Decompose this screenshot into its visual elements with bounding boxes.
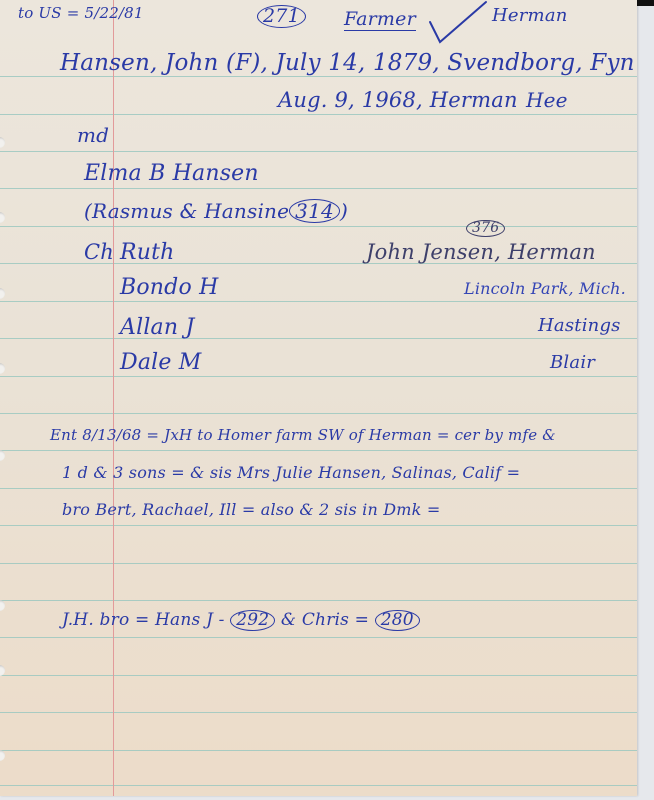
child-name: Allan J: [120, 315, 194, 340]
rule-line: [0, 600, 637, 601]
rule-line: [0, 338, 637, 339]
scan-edge: [637, 0, 654, 6]
spouse-name: Elma B Hansen: [84, 161, 259, 186]
binder-hole: [0, 363, 5, 374]
siblings-mid: & Chris =: [275, 610, 374, 630]
child-name: Dale M: [120, 350, 202, 375]
spouse-parents: (Rasmus & Hansine314): [84, 199, 348, 223]
margin-line: [113, 0, 114, 796]
rule-line: [0, 376, 637, 377]
spouse-parents-ref: 314: [289, 199, 340, 223]
binder-hole: [0, 450, 5, 461]
child-spouse-ref: 376: [466, 220, 505, 237]
note-line: bro Bert, Rachael, Ill = also & 2 sis in…: [62, 500, 440, 519]
rule-line: [0, 675, 637, 676]
death-line: Aug. 9, 1968, Herman: [278, 88, 518, 112]
check-mark-icon: [428, 0, 488, 44]
rule-line: [0, 188, 637, 189]
binder-hole: [0, 750, 5, 761]
rule-line: [0, 114, 637, 115]
record-number-circle: 271: [257, 5, 306, 28]
name-birth-line: Hansen, John (F), July 14, 1879, Svendbo…: [60, 50, 635, 76]
note-line: Ent 8/13/68 = JxH to Homer farm SW of He…: [50, 426, 556, 444]
child-spouse: John Jensen, Herman: [366, 240, 596, 264]
binder-hole: [0, 212, 5, 223]
child-place: Hastings: [538, 315, 621, 336]
siblings-line: J.H. bro = Hans J - 292 & Chris = 280: [62, 610, 420, 631]
rule-line: [0, 712, 637, 713]
location-tag: Herman: [492, 5, 568, 26]
sibling-ref-circle: 280: [375, 610, 420, 631]
child-place: Lincoln Park, Mich.: [464, 279, 626, 298]
binder-hole: [0, 600, 5, 611]
rule-line: [0, 563, 637, 564]
child-name: Bondo H: [120, 275, 219, 300]
binder-hole: [0, 288, 5, 299]
rule-line: [0, 750, 637, 751]
child-name: Ruth: [120, 240, 175, 265]
children-label: Ch: [84, 240, 114, 264]
siblings-prefix: J.H. bro = Hans J -: [62, 610, 230, 630]
record-number: 271: [257, 5, 306, 28]
rule-line: [0, 76, 637, 77]
occupation: Farmer: [344, 8, 416, 31]
sibling-ref-circle: 292: [230, 610, 275, 631]
spouse-parents-close: ): [340, 199, 348, 223]
rule-line: [0, 413, 637, 414]
child-place: Blair: [550, 352, 595, 373]
note-line: 1 d & 3 sons = & sis Mrs Julie Hansen, S…: [62, 463, 520, 482]
rule-line: [0, 785, 637, 786]
rule-line: [0, 226, 637, 227]
notebook-page: to US = 5/22/81 271 Farmer Herman Hansen…: [0, 0, 637, 796]
death-ref: Hee: [526, 88, 568, 112]
married-label: md: [77, 123, 109, 147]
rule-line: [0, 525, 637, 526]
spouse-parents-text: (Rasmus & Hansine: [84, 199, 289, 223]
rule-line: [0, 450, 637, 451]
rule-line: [0, 637, 637, 638]
rule-line: [0, 151, 637, 152]
child-spouse-ref-circle: 376: [466, 220, 505, 237]
binder-hole: [0, 137, 5, 148]
rule-line: [0, 488, 637, 489]
arrival-note: to US = 5/22/81: [18, 4, 144, 22]
rule-line: [0, 301, 637, 302]
